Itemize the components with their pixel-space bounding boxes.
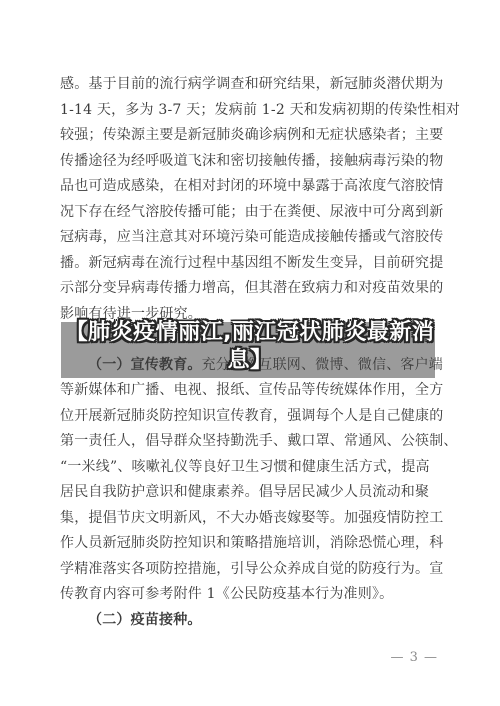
text-line: 播。新冠病毒在流行过程中基因组不断发生变异，目前研究提: [60, 251, 441, 277]
text-line: 传教育内容可参考附件 1《公民防疫基本行为准则》。: [60, 582, 441, 608]
news-headline-line-1: 【肺炎疫情丽江,丽江冠状肺炎最新消: [61, 319, 439, 347]
text-line: 等新媒体和广播、电视、报纸、宣传品等传统媒体作用，全方: [60, 378, 441, 404]
text-line: 况下存在经气溶胶传播可能；由于在粪便、尿液中可分离到新: [60, 200, 441, 226]
text-line: 集，提倡节庆文明新风，不大办婚丧嫁娶等。加强疫情防控工: [60, 506, 441, 532]
text-line: 示部分变异病毒传播力增高，但其潜在致病力和对疫苗效果的: [60, 276, 441, 302]
text-line: （二）疫苗接种。: [60, 608, 441, 634]
text-line: 作人员新冠肺炎防控知识和策略措施培训，消除恐慌心理，科: [60, 531, 441, 557]
text-line: 较强；传染源主要是新冠肺炎确诊病例和无症状感染者；主要: [60, 123, 441, 149]
text-line: 冠病毒，应当注意其对环境污染可能造成接触传播或气溶胶传: [60, 225, 441, 251]
page-number: — 3 —: [390, 650, 438, 665]
document-page: 感。基于目前的流行病学调查和研究结果，新冠肺炎潜伏期为1-14 天，多为 3-7…: [0, 0, 500, 706]
section-heading: （二）疫苗接种。: [88, 612, 202, 628]
text-line: “一米线”、咳嗽礼仪等良好卫生习惯和健康生活方式，提高: [60, 455, 441, 481]
text-line: 品也可造成感染，在相对封闭的环境中暴露于高浓度气溶胶情: [60, 174, 441, 200]
text-line: 居民自我防护意识和健康素养。倡导居民减少人员流动和聚: [60, 480, 441, 506]
text-line: 1-14 天，多为 3-7 天；发病前 1-2 天和发病初期的传染性相对: [60, 98, 441, 124]
text-line: 传播途径为经呼吸道飞沫和密切接触传播，接触病毒污染的物: [60, 149, 441, 175]
text-line: 学精准落实各项防控措施，引导公众养成自觉的防疫行为。宣: [60, 557, 441, 583]
news-headline-line-2: 息】: [61, 347, 439, 375]
text-line: 位开展新冠肺炎防控知识宣传教育，强调每个人是自己健康的: [60, 404, 441, 430]
text-line: 感。基于目前的流行病学调查和研究结果，新冠肺炎潜伏期为: [60, 72, 441, 98]
text-line: 第一责任人，倡导群众坚持勤洗手、戴口罩、常通风、公筷制、: [60, 429, 441, 455]
news-headline-overlay: 【肺炎疫情丽江,丽江冠状肺炎最新消 息】: [61, 319, 439, 374]
